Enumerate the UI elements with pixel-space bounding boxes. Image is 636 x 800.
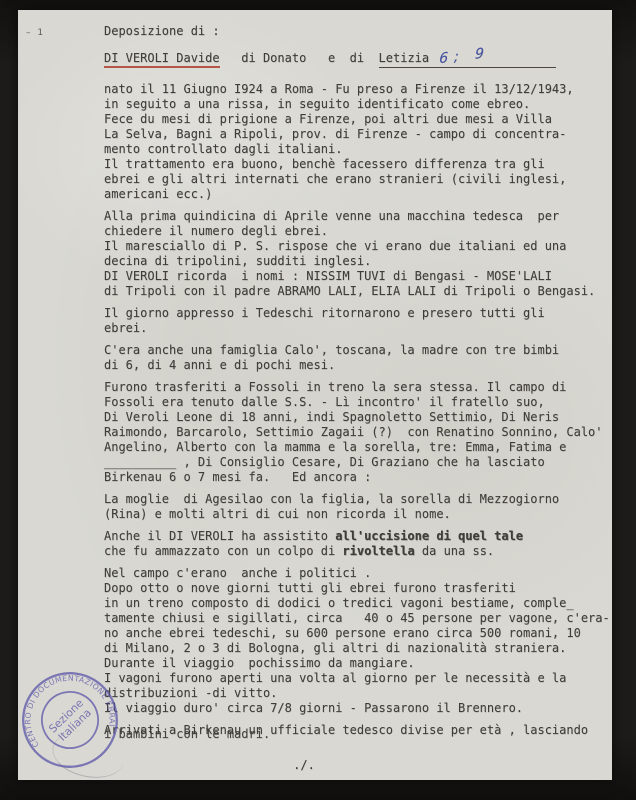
- page-continuation-mark: ./.: [104, 758, 504, 773]
- document-title: Deposizione di :: [104, 24, 598, 39]
- shooting-weapon-bold: rivoltella: [342, 544, 414, 558]
- shooting-text-end: da una ss.: [415, 544, 494, 558]
- paragraph-fossoli-transfer: Furono trasferiti a Fossoli in treno la …: [104, 380, 598, 485]
- shooting-text-line2: che fu ammazzato con un colpo di: [104, 544, 342, 558]
- paragraph-germans-return: Il giorno appresso i Tedeschi ritornaron…: [104, 306, 598, 336]
- deponent-name: DI VEROLI Davide: [104, 51, 220, 68]
- overlapping-typed-lines: Arrivati a Birkenau un ufficiale tedesco…: [104, 723, 598, 742]
- paragraph-agesilao-wife: La moglie di Agesilao con la figlia, la …: [104, 492, 598, 522]
- paragraph-calo-family: C'era anche una famiglia Calo', toscana,…: [104, 343, 598, 373]
- paragraph-train-deportation: Nel campo c'erano anche i politici . Dop…: [104, 566, 598, 716]
- pencil-corner-mark: – 1: [26, 26, 45, 41]
- paragraph-birth-and-arrest: nato il 11 Giugno I924 a Roma - Fu preso…: [104, 82, 598, 202]
- paragraph-witnessed-shooting: Anche il DI VEROLI ha assistito all'ucci…: [104, 529, 598, 559]
- shooting-text-bold: all'uccisione di quel tale: [335, 529, 523, 543]
- handwritten-annotation: 6; 9: [439, 46, 490, 67]
- shooting-text-pre: Anche il DI VEROLI ha assistito: [104, 529, 335, 543]
- children-line: i bambini con le madri.: [104, 727, 598, 742]
- document-page: – 1 Deposizione di : DI VEROLI Davide di…: [18, 10, 612, 780]
- header-connector-text: di Donato e di: [220, 51, 379, 65]
- mother-name: Letizia: [379, 51, 430, 65]
- photo-backdrop: – 1 Deposizione di : DI VEROLI Davide di…: [0, 0, 636, 800]
- paragraph-april-census: Alla prima quindicina di Aprile venne un…: [104, 209, 598, 299]
- deponent-header-line: DI VEROLI Davide di Donato e di Letizia6…: [104, 51, 598, 68]
- mother-name-group: Letizia6; 9: [379, 51, 557, 68]
